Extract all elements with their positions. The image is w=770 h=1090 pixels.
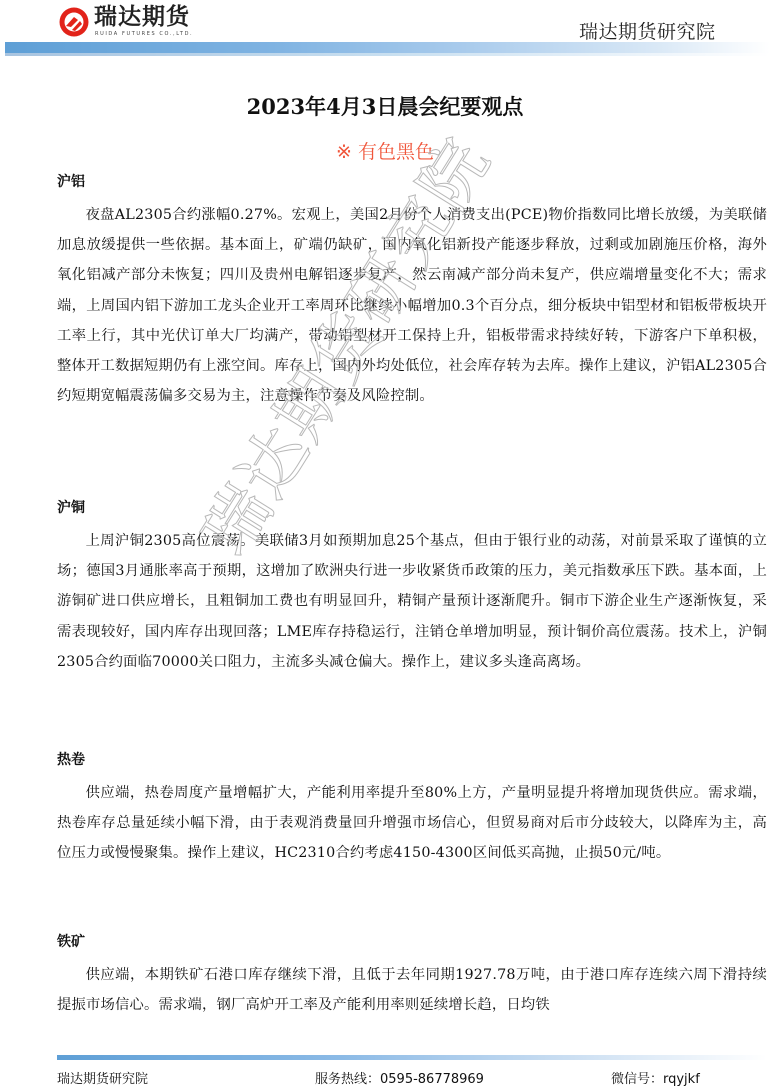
footer-hotline: 服务热线：0595-86778969: [315, 1068, 484, 1087]
section-iron-ore: 铁矿 供应端，本期铁矿石港口库存继续下滑，且低于去年同期1927.78万吨，由于…: [57, 932, 767, 1020]
section-aluminum: 沪铝 夜盘AL2305合约涨幅0.27%。宏观上，美国2月份个人消费支出(PCE…: [57, 172, 767, 411]
section-heading: 热卷: [57, 750, 767, 770]
footer-gradient-bar: [57, 1055, 767, 1060]
footer-institute-name: 瑞达期货研究院: [57, 1068, 148, 1087]
section-paragraph: 夜盘AL2305合约涨幅0.27%。宏观上，美国2月份个人消费支出(PCE)物价…: [57, 200, 767, 411]
ruida-logo-icon: [58, 6, 90, 38]
section-heading: 沪铝: [57, 172, 767, 192]
footer-wechat: 微信号：rqyjkf: [611, 1068, 700, 1087]
section-copper: 沪铜 上周沪铜2305高位震荡。美联储3月如预期加息25个基点，但由于银行业的动…: [57, 498, 767, 677]
logo-chinese-name: 瑞达期货: [94, 3, 193, 31]
page-header: 瑞达期货 RUIDA FUTURES CO.,LTD. 瑞达期货研究院: [0, 0, 770, 60]
logo-english-name: RUIDA FUTURES CO.,LTD.: [95, 31, 193, 38]
header-gradient-underline: [5, 53, 770, 56]
section-hot-rolled-coil: 热卷 供应端，热卷周度产量增幅扩大，产能利用率提升至80%上方，产量明显提升将增…: [57, 750, 767, 869]
section-paragraph: 供应端，本期铁矿石港口库存继续下滑，且低于去年同期1927.78万吨，由于港口库…: [57, 960, 767, 1020]
section-heading: 沪铜: [57, 498, 767, 518]
header-gradient-bar: [5, 42, 770, 53]
header-institute-name: 瑞达期货研究院: [579, 17, 716, 44]
section-category-subtitle: ※ 有色黑色: [0, 137, 770, 164]
section-paragraph: 供应端，热卷周度产量增幅扩大，产能利用率提升至80%上方，产量明显提升将增加现货…: [57, 778, 767, 869]
section-paragraph: 上周沪铜2305高位震荡。美联储3月如预期加息25个基点，但由于银行业的动荡，对…: [57, 526, 767, 677]
document-title: 2023年4月3日晨会纪要观点: [0, 91, 770, 121]
company-logo: 瑞达期货 RUIDA FUTURES CO.,LTD.: [58, 3, 193, 41]
section-heading: 铁矿: [57, 932, 767, 952]
